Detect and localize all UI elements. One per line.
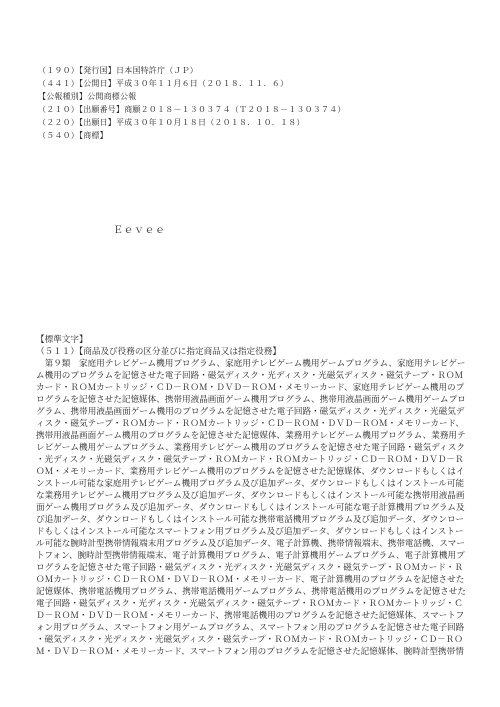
filing-date-line: （２２０）【出願日】平成３０年１０月１８日（２０１８．１０．１８） <box>38 116 346 129</box>
document-body: 【標準文字】 （５１１）【商品及び役務の区分並びに指定商品又は指定役務】 第９類… <box>36 333 468 657</box>
application-number-line: （２１０）【出願番号】商願２０１８－１３０３７４（Ｔ２０１８－１３０３７４） <box>38 103 346 116</box>
issuing-country-line: （１９０）【発行国】日本国特許庁（ＪＰ） <box>38 64 346 77</box>
trademark-label-line: （５４０）【商標】 <box>38 129 346 142</box>
designated-goods-heading: （５１１）【商品及び役務の区分並びに指定商品又は指定役務】 <box>36 345 468 357</box>
trademark-gazette-page: （１９０）【発行国】日本国特許庁（ＪＰ） （４４１）【公開日】平成３０年１１月６… <box>0 0 500 707</box>
trademark-text: Ｅｅｖｅｅ <box>113 221 166 236</box>
designated-goods-text: 第９類 家庭用テレビゲーム機用プログラム、家庭用テレビゲーム機用ゲームプログラム… <box>36 357 468 657</box>
standard-characters-label: 【標準文字】 <box>36 333 468 345</box>
bibliographic-header: （１９０）【発行国】日本国特許庁（ＪＰ） （４４１）【公開日】平成３０年１１月６… <box>38 64 346 142</box>
publication-date-line: （４４１）【公開日】平成３０年１１月６日（２０１８．１１．６） <box>38 77 346 90</box>
gazette-type-line: 【公報種別】公開商標公報 <box>38 90 346 103</box>
